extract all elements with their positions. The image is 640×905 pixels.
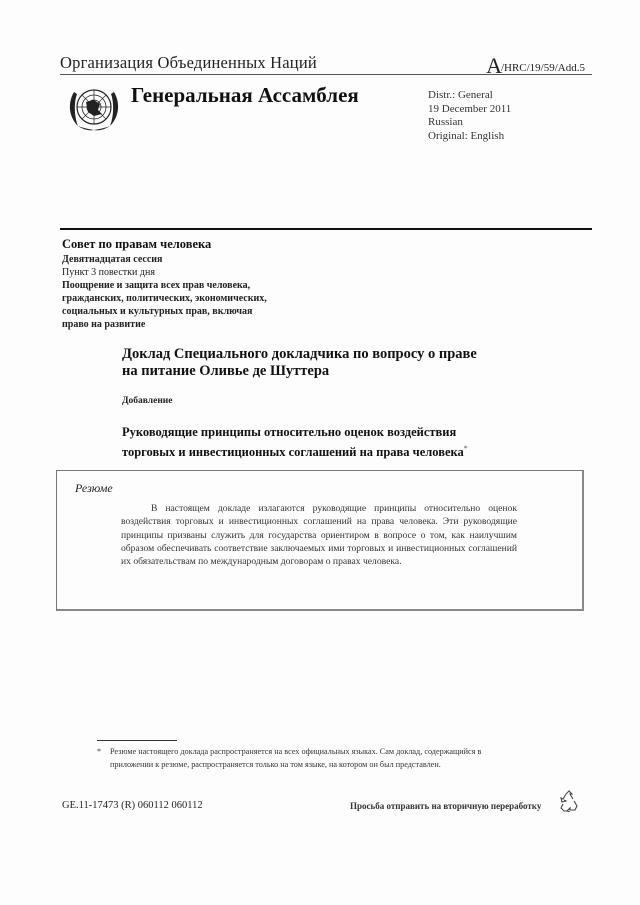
footnote-marker[interactable]: * bbox=[464, 444, 468, 453]
summary-text: В настоящем докладе излагаются руководящ… bbox=[121, 502, 517, 568]
footnote-rule bbox=[97, 740, 177, 741]
session-name: Девятнадцатая сессия bbox=[62, 253, 267, 266]
agenda-title-line: гражданских, политических, экономических… bbox=[62, 292, 267, 305]
footnote-text: Резюме настоящего доклада распространяет… bbox=[110, 747, 481, 769]
addendum-label: Добавление bbox=[122, 396, 173, 406]
section-rule bbox=[60, 228, 592, 230]
footnote: * Резюме настоящего доклада распространя… bbox=[110, 746, 520, 772]
un-emblem-icon bbox=[64, 80, 124, 135]
document-symbol: A/HRC/19/59/Add.5 bbox=[486, 53, 585, 79]
guidelines-title-line: Руководящие принципы относительно оценок… bbox=[122, 425, 532, 441]
footnote-mark: * bbox=[97, 746, 101, 759]
date-line: 19 December 2011 bbox=[428, 103, 511, 117]
header-rule bbox=[60, 74, 592, 75]
summary-heading: Резюме bbox=[75, 481, 113, 496]
language-line: Russian bbox=[428, 116, 511, 130]
session-info: Девятнадцатая сессия Пункт 3 повестки дн… bbox=[62, 253, 267, 331]
organization-name: Организация Объединенных Наций bbox=[60, 53, 317, 73]
agenda-title-line: право на развитие bbox=[62, 318, 267, 331]
distr-line: Distr.: General bbox=[428, 89, 511, 103]
report-title-line: на питание Оливье де Шуттера bbox=[122, 363, 532, 380]
document-code: GE.11-17473 (R) 060112 060112 bbox=[62, 800, 203, 811]
assembly-title: Генеральная Ассамблея bbox=[131, 83, 359, 108]
recycle-icon bbox=[558, 790, 580, 812]
agenda-title-line: Поощрение и защита всех прав человека, bbox=[62, 279, 267, 292]
guidelines-title: Руководящие принципы относительно оценок… bbox=[122, 425, 532, 460]
original-line: Original: English bbox=[428, 130, 511, 144]
guidelines-title-line: торговых и инвестиционных соглашений на … bbox=[122, 441, 532, 461]
distribution-info: Distr.: General 19 December 2011 Russian… bbox=[428, 89, 511, 143]
report-title: Доклад Специального докладчика по вопрос… bbox=[122, 346, 532, 380]
symbol-rest: /HRC/19/59/Add.5 bbox=[501, 62, 585, 74]
council-name: Совет по правам человека bbox=[62, 237, 211, 252]
agenda-item: Пункт 3 повестки дня bbox=[62, 266, 267, 279]
recycle-note: Просьба отправить на вторичную переработ… bbox=[350, 801, 541, 811]
agenda-title-line: социальных и культурных прав, включая bbox=[62, 305, 267, 318]
report-title-line: Доклад Специального докладчика по вопрос… bbox=[122, 346, 532, 363]
